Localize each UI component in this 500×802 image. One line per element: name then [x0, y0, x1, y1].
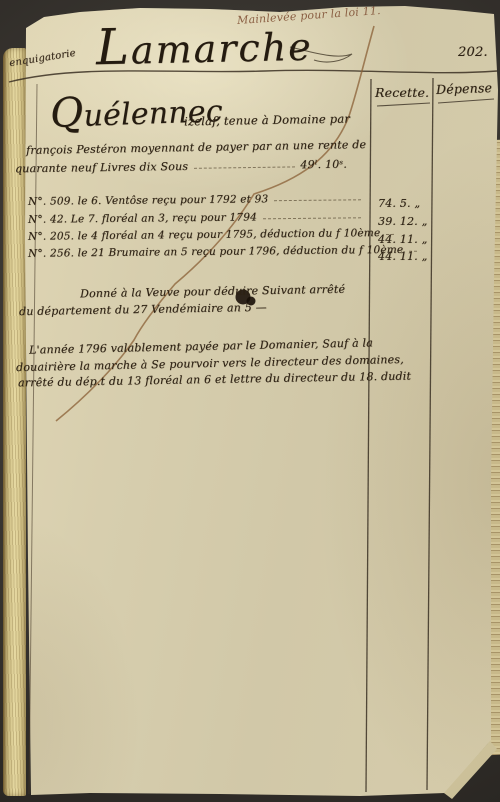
recette-amount: 39. 12. „ — [378, 215, 426, 228]
entry-name: Quélennec — [49, 83, 223, 137]
recette-amount: 74. 5. „ — [378, 197, 426, 210]
recette-header-underline — [377, 103, 430, 106]
entry-rent-amount: 49ˡ. 10ˢ. — [300, 158, 347, 172]
entry-rent-text: quarante neuf Livres dix Sous — [15, 160, 188, 175]
recette-column-rule — [366, 79, 371, 792]
column-header-recette: Recette. — [375, 85, 429, 100]
recette-amount: 44. 11. „ — [378, 250, 426, 263]
dotted-leader — [274, 199, 361, 201]
depense-column-rule — [427, 78, 433, 790]
column-header-depense: Dépense — [436, 80, 493, 97]
receipt-text: N°. 42. Le 7. floréal an 3, reçu pour 17… — [28, 211, 257, 225]
dotted-leader — [263, 217, 361, 219]
folio-number: 202. — [458, 45, 488, 60]
receipt-text: N°. 509. le 6. Ventôse reçu pour 1792 et… — [28, 193, 268, 208]
page-title: Lamarche — [95, 14, 313, 77]
depense-header-underline — [438, 99, 494, 103]
dotted-leader — [194, 166, 295, 168]
left-margin-rule — [29, 84, 37, 794]
entry-name-detail: izelaf, tenue à Domaine par — [184, 112, 350, 129]
recette-amount: 44. 11. „ — [378, 233, 426, 246]
manuscript-photo: enquigatorie Mainlevée pour la loi 11. L… — [0, 0, 500, 802]
